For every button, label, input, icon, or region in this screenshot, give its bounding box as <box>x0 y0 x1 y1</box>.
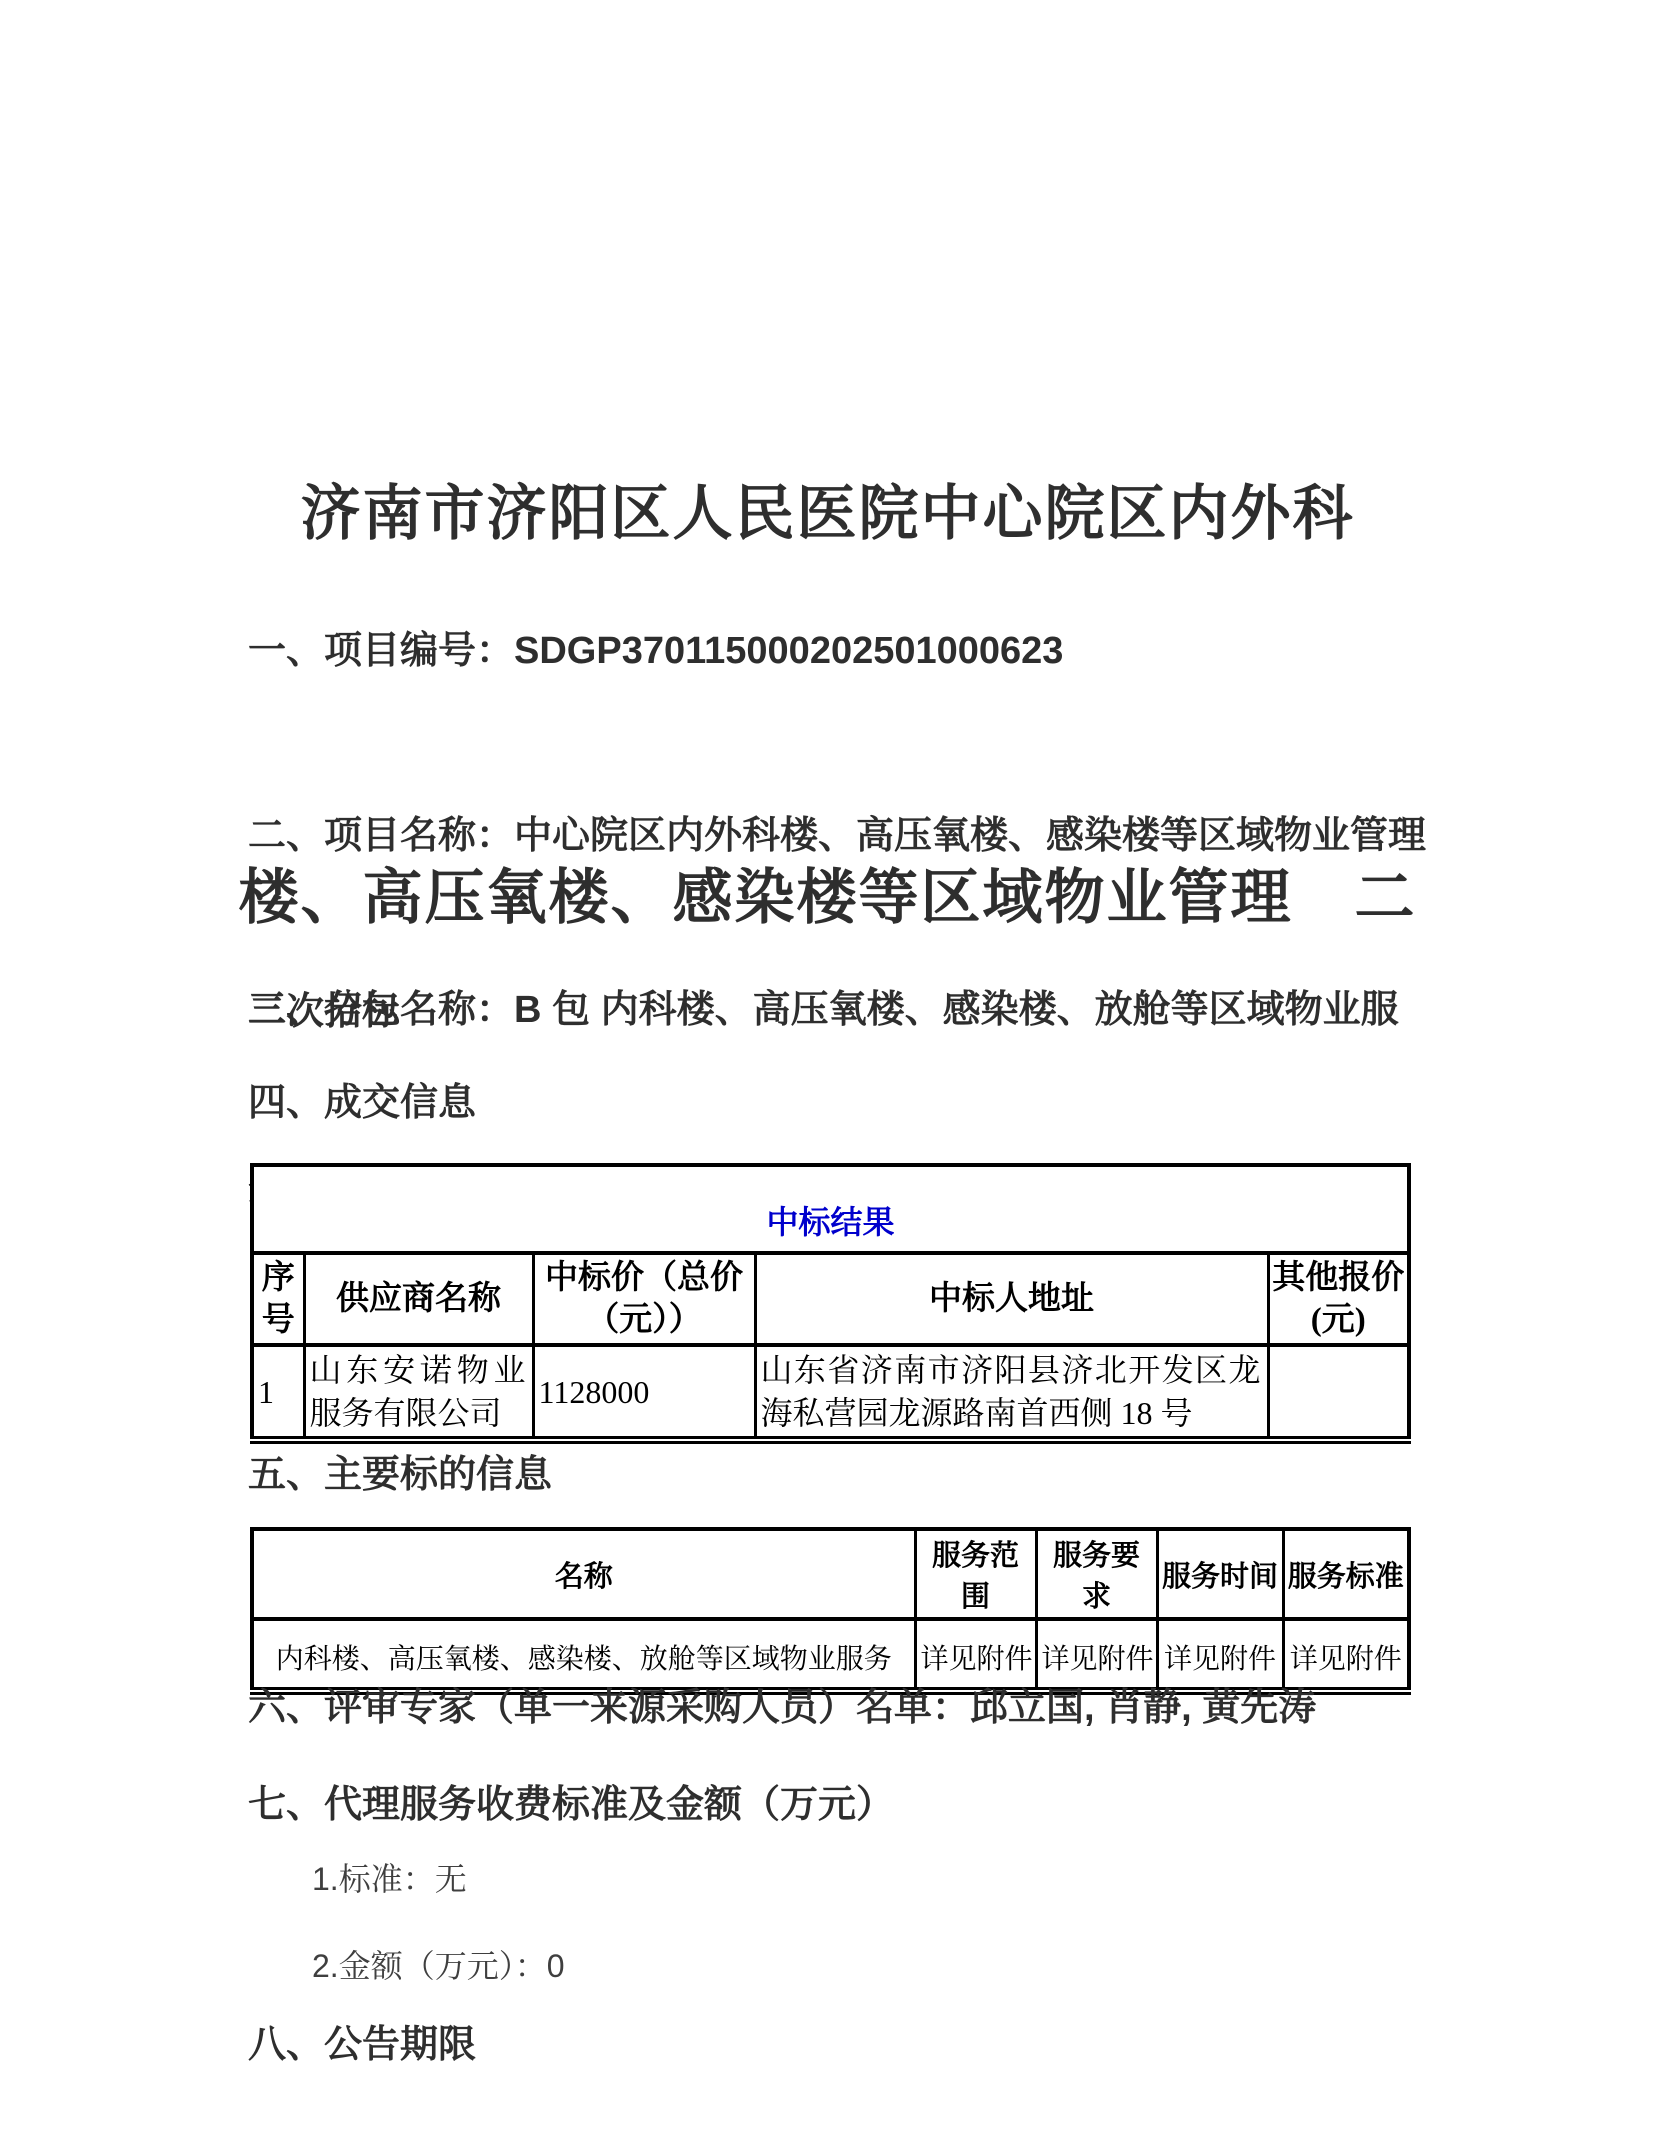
award-cell-price: 1128000 <box>533 1345 755 1439</box>
subject-col-scope: 服务范围 <box>915 1529 1036 1619</box>
project-name-line1: 二、项目名称：中心院区内外科楼、高压氧楼、感染楼等区域物业管理 <box>248 794 1458 878</box>
award-cell-other-price <box>1268 1345 1409 1439</box>
subject-cell-scope: 详见附件 <box>915 1619 1036 1691</box>
section-award-heading: 四、成交信息 <box>248 1080 1458 1126</box>
subject-info-table: 名称 服务范围 服务要求 服务时间 服务标准 内科楼、高压氧楼、感染楼、放舱等区… <box>250 1527 1411 1695</box>
award-table-group-row: 中标结果 <box>252 1165 1409 1253</box>
title-line-1: 济南市济阳区人民医院中心院区内外科 <box>0 450 1655 578</box>
award-col-other-price: 其他报价(元) <box>1268 1253 1409 1345</box>
fee-standard-item: 1.标准：无 <box>312 1859 467 1899</box>
subject-col-requirement: 服务要求 <box>1036 1529 1157 1619</box>
project-number-value: SDGP370115000202501000623 <box>514 630 1063 672</box>
award-cell-supplier: 山东安诺物业服务有限公司 <box>304 1345 533 1439</box>
award-col-address: 中标人地址 <box>755 1253 1268 1345</box>
subject-table-data-row: 内科楼、高压氧楼、感染楼、放舱等区域物业服务 详见附件 详见附件 详见附件 详见… <box>252 1619 1409 1691</box>
subject-cell-standard: 详见附件 <box>1283 1619 1409 1691</box>
section-subject-heading: 五、主要标的信息 <box>248 1452 1458 1498</box>
announcement-page: 济南市济阳区人民医院中心院区内外科 楼、高压氧楼、感染楼等区域物业管理 二 次招… <box>0 0 1655 2144</box>
package-name-line1: 三、分包名称：B 包 内科楼、高压氧楼、感染楼、放舱等区域物业服 <box>248 968 1458 1052</box>
subject-cell-name: 内科楼、高压氧楼、感染楼、放舱等区域物业服务 <box>252 1619 915 1691</box>
award-col-seq: 序号 <box>252 1253 304 1345</box>
section-project-number: 一、项目编号：SDGP370115000202501000623 <box>248 628 1458 674</box>
award-table-data-row: 1 山东安诺物业服务有限公司 1128000 山东省济南市济阳县济北开发区龙海私… <box>252 1345 1409 1439</box>
fee-amount-item: 2.金额（万元）：0 <box>312 1946 565 1986</box>
section-notice-period-heading: 八、公告期限 <box>248 2022 1458 2068</box>
award-cell-address: 山东省济南市济阳县济北开发区龙海私营园龙源路南首西侧 18 号 <box>755 1345 1268 1439</box>
project-number-label: 一、项目编号： <box>248 630 514 672</box>
subject-cell-requirement: 详见附件 <box>1036 1619 1157 1691</box>
section-experts: 六、评审专家（单一来源采购人员）名单：邱立国, 肖静, 黄先涛 <box>248 1685 1458 1731</box>
award-result-table: 中标结果 序号 供应商名称 中标价（总价（元）） 中标人地址 其他报价(元) 1… <box>250 1163 1411 1444</box>
award-col-supplier: 供应商名称 <box>304 1253 533 1345</box>
award-cell-seq: 1 <box>252 1345 304 1439</box>
project-name-value: 中心院区内外科楼、高压氧楼、感染楼等区域物业管理 <box>514 815 1426 857</box>
award-table-header-row: 序号 供应商名称 中标价（总价（元）） 中标人地址 其他报价(元) <box>252 1253 1409 1345</box>
subject-cell-time: 详见附件 <box>1157 1619 1283 1691</box>
subject-col-name: 名称 <box>252 1529 915 1619</box>
subject-col-standard: 服务标准 <box>1283 1529 1409 1619</box>
package-name-label: 三、分包名称： <box>248 989 514 1031</box>
subject-col-time: 服务时间 <box>1157 1529 1283 1619</box>
section-agency-fee-heading: 七、代理服务收费标准及金额（万元） <box>248 1782 1458 1828</box>
subject-table-header-row: 名称 服务范围 服务要求 服务时间 服务标准 <box>252 1529 1409 1619</box>
project-name-label: 二、项目名称： <box>248 815 514 857</box>
award-col-price: 中标价（总价（元）） <box>533 1253 755 1345</box>
award-table-group-header: 中标结果 <box>252 1165 1409 1253</box>
package-name-value: B 包 内科楼、高压氧楼、感染楼、放舱等区域物业服 <box>514 989 1399 1031</box>
